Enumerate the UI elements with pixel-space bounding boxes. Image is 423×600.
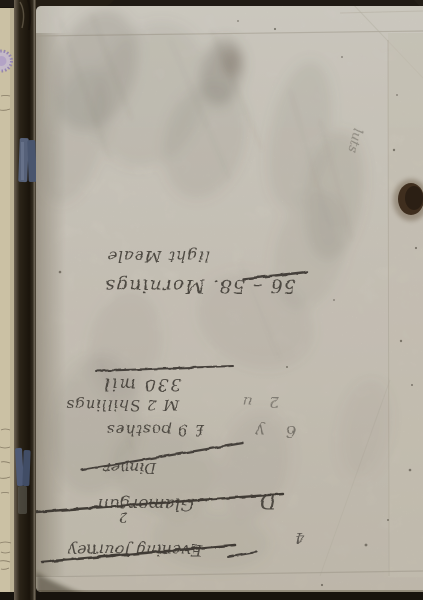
inscription-56-58-mornings: 56 – 58. Mornings <box>104 275 295 297</box>
inscription-light-meale: light Meale <box>106 247 209 266</box>
struck-entry-2-sub: 2 <box>119 509 128 524</box>
inscription-shillings: M 2 Shillings <box>65 396 180 414</box>
inscription-fragment-1: 2 u <box>237 393 280 411</box>
facing-page-edge <box>0 8 14 592</box>
inscription-fragment-2: 6 y <box>248 422 296 441</box>
inscription-330-mil: 330 mil <box>103 374 182 394</box>
struck-entry-2-initial: D <box>259 489 277 513</box>
inscription-9-pounds: £ 9 posthes <box>106 421 205 439</box>
sketchbook-scan: light Meale 56 – 58. Mornings 330 mil M … <box>0 0 423 600</box>
struck-entry-3-sub: 4 <box>295 529 306 547</box>
